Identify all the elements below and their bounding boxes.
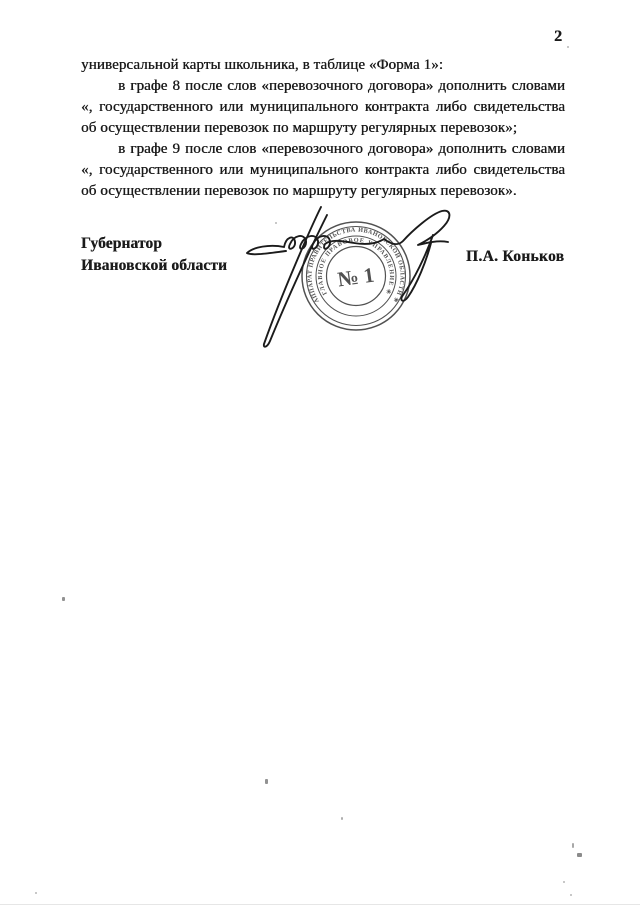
body-line: в графе 8 после слов «перевозочного дого… [81,76,565,97]
page-number: 2 [554,28,562,46]
body-line: в графе 9 после слов «перевозочного дого… [81,139,565,160]
scan-speck [570,894,572,896]
scan-speck [563,881,565,883]
body-line: «, государственного или муниципального к… [81,97,565,118]
signer-title-line2: Ивановской области [81,255,227,277]
scan-speck [35,892,37,894]
scan-speck [62,597,65,601]
signer-title-line1: Губернатор [81,233,227,255]
body-line: «, государственного или муниципального к… [81,160,565,181]
scan-speck [577,853,582,857]
body-line: об осуществлении перевозок по маршруту р… [81,118,565,139]
signer-name: П.А. Коньков [466,248,564,266]
scan-speck [572,843,574,848]
scan-speck [275,222,277,224]
scan-speck [341,817,343,820]
scan-speck [567,46,569,48]
scanned-document-page: 2 универсальной карты школьника, в табли… [0,0,640,905]
scan-speck [265,779,268,784]
official-stamp-and-signature: АППАРАТ ПРАВИТЕЛЬСТВА ИВАНОВСКОЙ ОБЛАСТИ… [240,185,470,360]
body-line: универсальной карты школьника, в таблице… [81,55,565,76]
document-body: универсальной карты школьника, в таблице… [81,55,565,202]
signer-title: Губернатор Ивановской области [81,233,227,277]
stamp-center-number: № 1 [336,263,376,292]
